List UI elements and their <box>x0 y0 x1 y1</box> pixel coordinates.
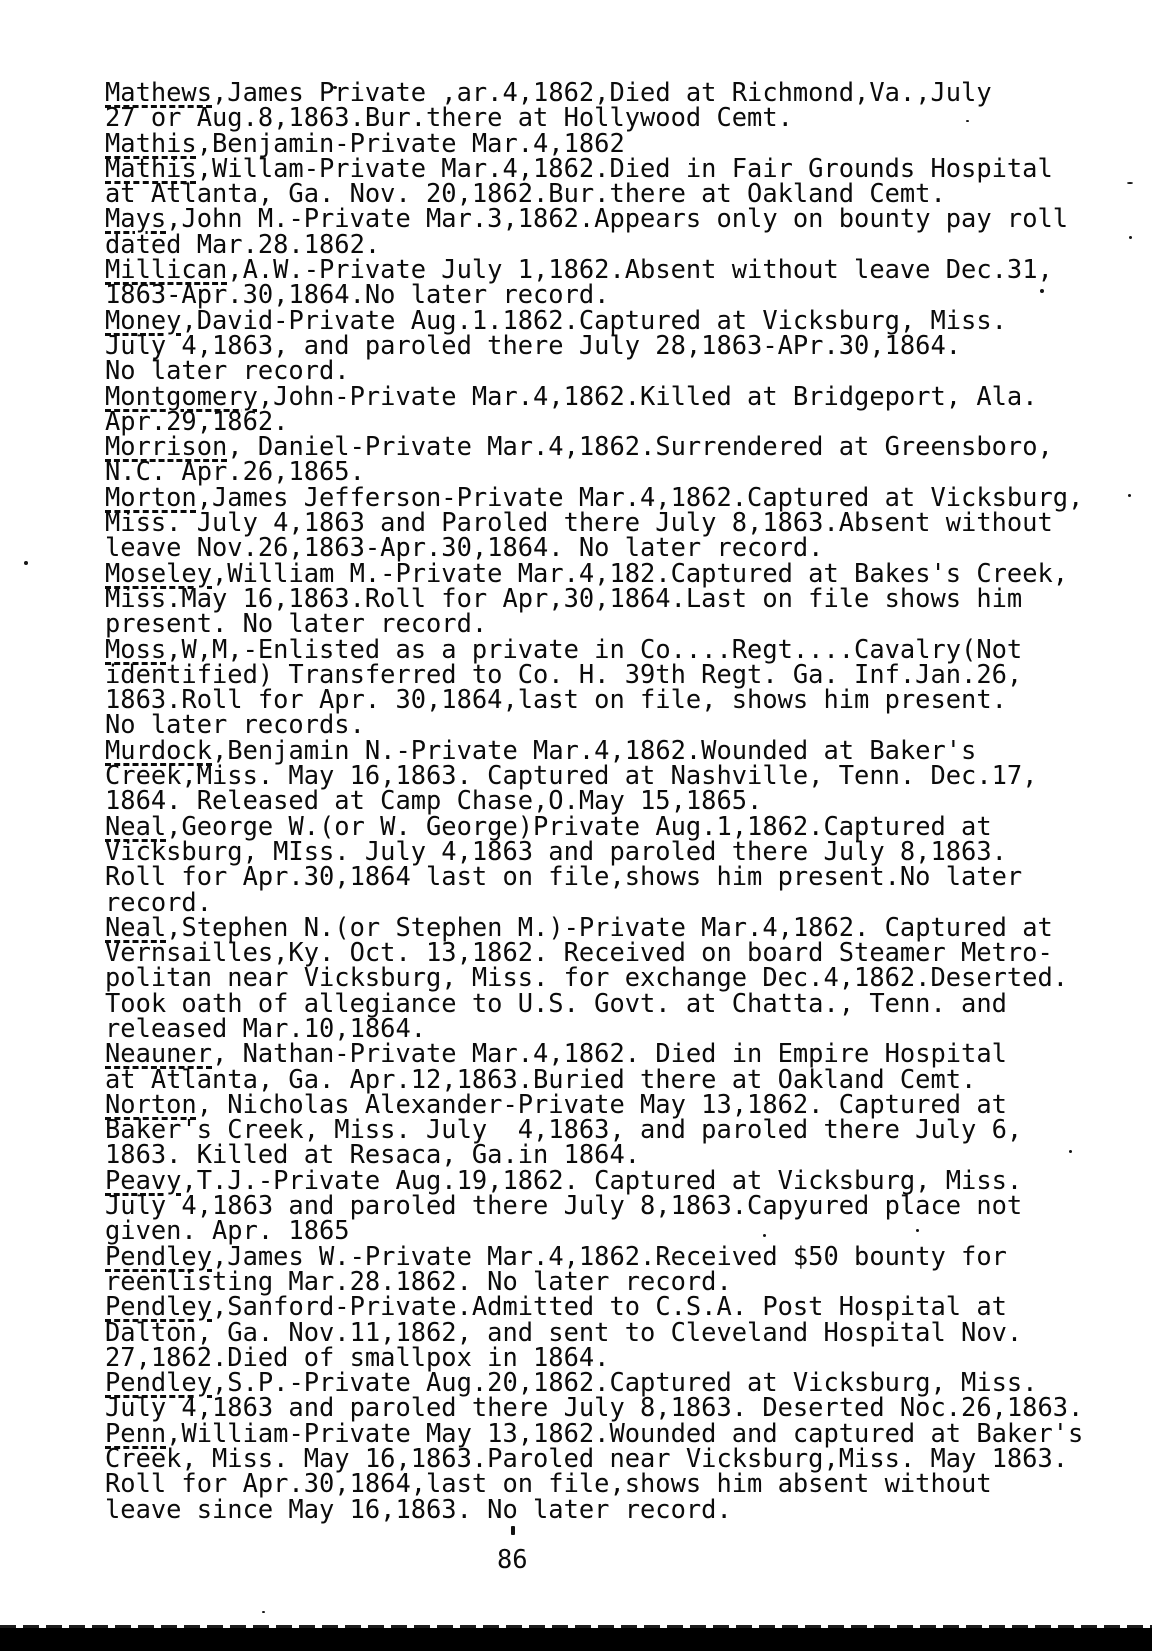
record-line: politan near Vicksburg, Miss. for exchan… <box>105 965 1115 990</box>
scan-speck <box>966 120 969 122</box>
scan-speck <box>24 561 28 565</box>
record-line: Pendley,Sanford-Private.Admitted to C.S.… <box>105 1294 1115 1319</box>
scan-speck <box>1040 289 1044 293</box>
record-line: Mays,John M.-Private Mar.3,1862.Appears … <box>105 206 1115 231</box>
record-line: Neauner, Nathan-Private Mar.4,1862. Died… <box>105 1041 1115 1066</box>
record-line: leave since May 16,1863. No later record… <box>105 1497 1115 1522</box>
record-line: Roll for Apr.30,1864,last on file,shows … <box>105 1471 1115 1496</box>
scan-edge-bar <box>0 1628 1152 1651</box>
scan-speck <box>333 86 337 89</box>
scanned-document-page: Mathews,James Private ,ar.4,1862,Died at… <box>0 0 1152 1651</box>
record-list: Mathews,James Private ,ar.4,1862,Died at… <box>105 80 1115 1522</box>
scan-speck <box>262 1611 265 1613</box>
scan-speck <box>916 1229 919 1232</box>
scan-speck <box>1069 1150 1072 1153</box>
scan-speck <box>511 1526 515 1535</box>
scan-speck <box>763 1234 766 1237</box>
page-number: 86 <box>497 1546 528 1572</box>
scan-speck <box>1127 182 1133 184</box>
scan-speck <box>1128 494 1131 497</box>
scan-speck <box>1129 236 1132 239</box>
record-text: ,John-Private Mar.4,1862.Killed at Bridg… <box>258 381 1038 411</box>
record-line: Roll for Apr.30,1864 last on file,shows … <box>105 864 1115 889</box>
